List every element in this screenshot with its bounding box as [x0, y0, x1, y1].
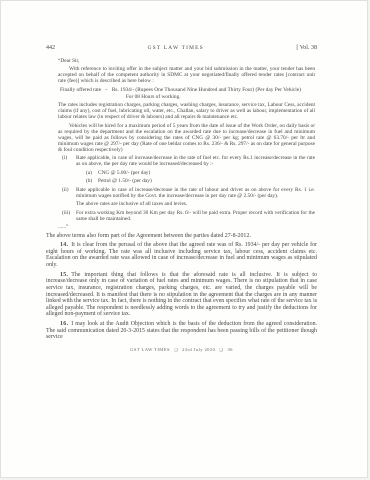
- sublist-item-a-text: CNG @ 5.00/- (per day): [98, 170, 150, 176]
- sublist-marker-a: (a): [86, 170, 98, 176]
- list-marker-iii: (iii): [62, 210, 76, 222]
- rate-amount-text: Rs. 1934/- (Rupees One Thousand Nine Hun…: [112, 87, 301, 93]
- paragraph-14-number: 14.: [60, 242, 68, 248]
- header-page-number: 442: [46, 45, 55, 51]
- list-marker-ii: (ii): [62, 187, 76, 207]
- quoted-letter-block: “Dear Sir, With reference to inviting of…: [58, 58, 315, 230]
- page-footer: GST LAW TIMES❑23rd July 2020❑36: [46, 347, 317, 352]
- header-volume: [ Vol. 38: [296, 45, 317, 51]
- footer-page-number: 36: [227, 347, 232, 352]
- paragraph-16-number: 16.: [60, 321, 68, 327]
- judgment-text: The above terms also form part of the Ag…: [46, 233, 317, 341]
- sublist-item-a: (a) CNG @ 5.00/- (per day): [86, 170, 315, 176]
- paragraph-16-text: I may look at the Audit Objection which …: [46, 321, 317, 340]
- footer-separator-icon: ❑: [174, 347, 178, 352]
- paragraph-15: 15.The important thing that follows is t…: [46, 272, 317, 318]
- offered-rate-line: Finally offered rate – Rs. 1934/- (Rupee…: [60, 87, 315, 100]
- footer-date: 23rd July 2020: [182, 347, 215, 352]
- sublist-item-b-text: Petrol @ 1.50/- (per day): [98, 178, 152, 184]
- list-item-iii-text: For extra working Km beyond 30 Km per da…: [76, 210, 315, 222]
- rate-value: Rs. 1934/- (Rupees One Thousand Nine Hun…: [112, 87, 315, 100]
- page-header: 442 GST LAW TIMES [ Vol. 38: [46, 45, 317, 51]
- letter-salutation: “Dear Sir,: [58, 58, 315, 64]
- list-item-i-body: Rate applicable, in case of increase/dec…: [76, 155, 315, 184]
- list-item-iii: (iii) For extra working Km beyond 30 Km …: [62, 210, 315, 222]
- list-item-ii-note: The above rates are inclusive of all tax…: [76, 201, 315, 207]
- journal-page: 442 GST LAW TIMES [ Vol. 38 “Dear Sir, W…: [0, 0, 368, 478]
- sublist-item-b: (b) Petrol @ 1.50/- (per day): [86, 178, 315, 184]
- sublist-marker-b: (b): [86, 178, 98, 184]
- list-item-i-text: Rate applicable, in case of increase/dec…: [76, 155, 315, 167]
- letter-intro-paragraph: With reference to inviting offer in the …: [58, 66, 315, 84]
- rate-dash: –: [101, 87, 112, 100]
- paragraph-14: 14.It is clear from the perusal of the a…: [46, 242, 317, 268]
- agreement-paragraph: The above terms also form part of the Ag…: [46, 233, 317, 240]
- header-journal-title: GST LAW TIMES: [148, 45, 204, 51]
- letter-closing-ellipsis: ......”: [58, 224, 315, 230]
- list-item-ii: (ii) Rate applicable in case of increase…: [62, 187, 315, 207]
- list-item-ii-body: Rate applicable in case of increase/decr…: [76, 187, 315, 207]
- letter-rates-paragraph: The rates includes registration charges,…: [58, 102, 315, 120]
- list-marker-i: (i): [62, 155, 76, 184]
- paragraph-15-number: 15.: [60, 272, 68, 278]
- paragraph-14-text: It is clear from the perusal of the abov…: [46, 242, 317, 268]
- rate-label: Finally offered rate: [60, 87, 101, 100]
- paragraph-16: 16.I may look at the Audit Objection whi…: [46, 321, 317, 341]
- list-item-i: (i) Rate applicable, in case of increase…: [62, 155, 315, 184]
- rate-hours-text: For 08 Hours of working.: [126, 94, 315, 100]
- letter-vehicles-paragraph: Vehicles will be hired for a maximum per…: [58, 123, 315, 153]
- footer-journal-title: GST LAW TIMES: [130, 347, 170, 352]
- paragraph-15-text: The important thing that follows is that…: [46, 272, 317, 318]
- list-item-ii-text: Rate applicable in case of increase/decr…: [76, 187, 315, 199]
- footer-separator-icon: ❑: [219, 347, 223, 352]
